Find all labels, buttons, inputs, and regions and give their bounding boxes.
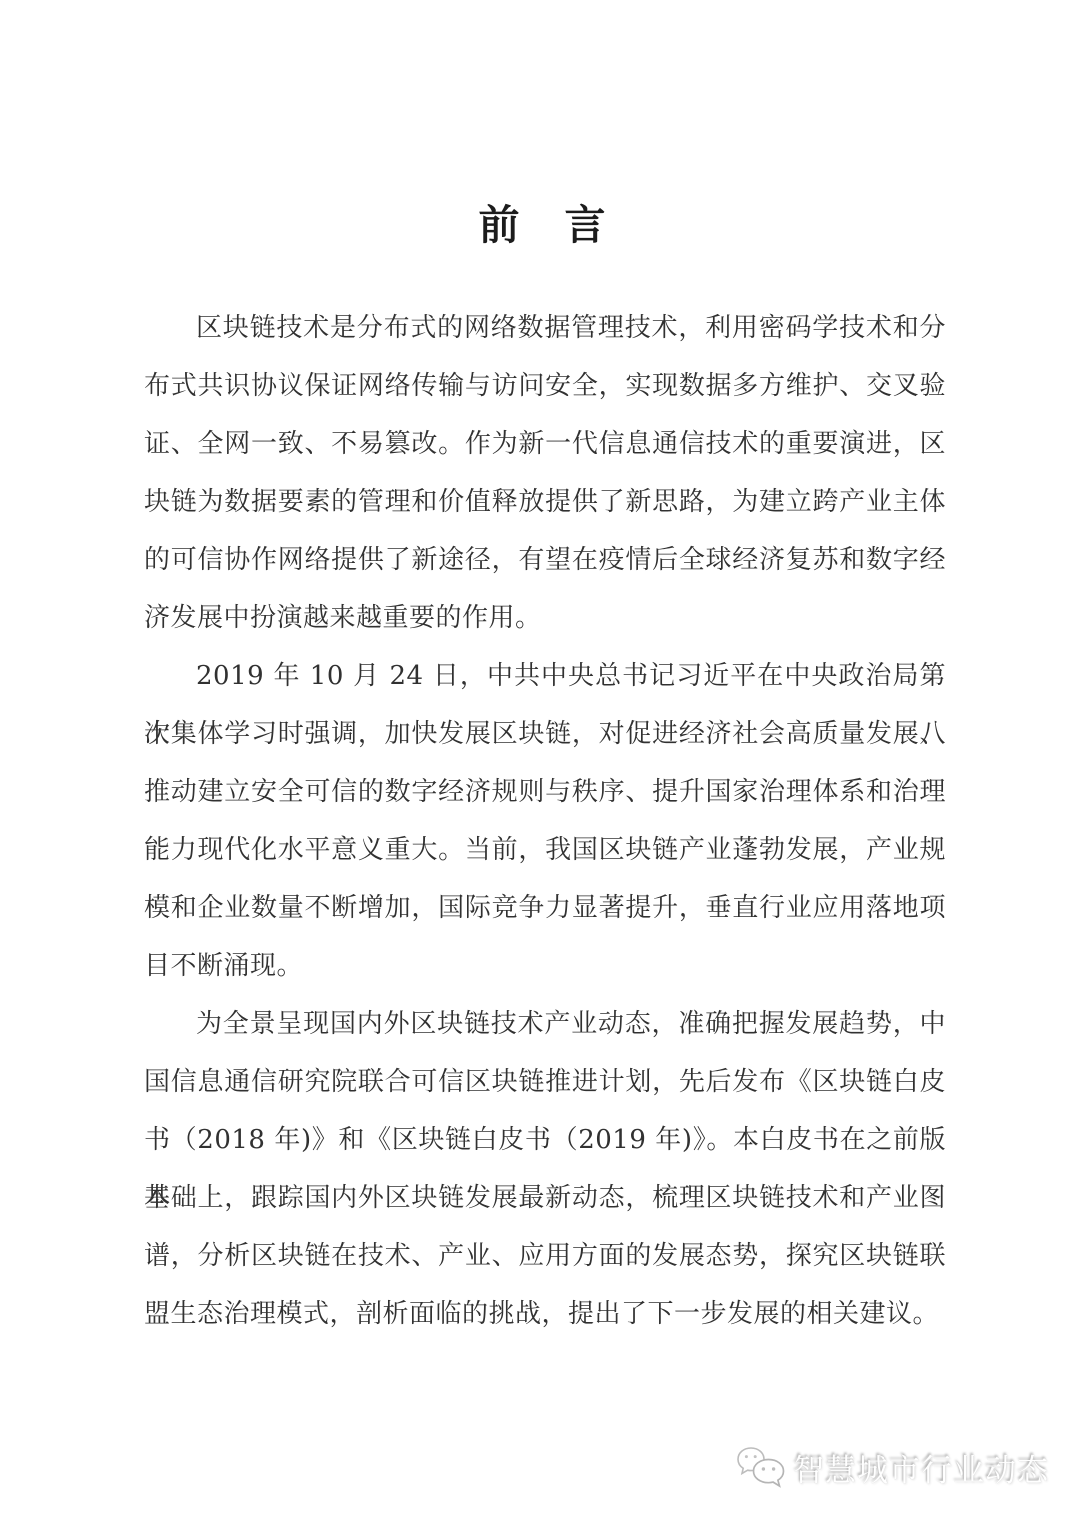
watermark-label: 智慧城市行业动态 [793,1445,1049,1490]
text-line: 为全景呈现国内外区块链技术产业动态，准确把握发展趋势，中 [144,995,946,1053]
text-line: 谱，分析区块链在技术、产业、应用方面的发展态势，探究区块链联 [144,1227,946,1285]
text-line: 证、全网一致、不易篡改。作为新一代信息通信技术的重要演进，区 [144,415,946,473]
document-body: 区块链技术是分布式的网络数据管理技术，利用密码学技术和分布式共识协议保证网络传输… [144,299,946,1343]
page-title: 前 言 [140,192,946,251]
text-line: 布式共识协议保证网络传输与访问安全，实现数据多方维护、交叉验 [144,357,946,415]
text-line: 模和企业数量不断增加，国际竞争力显著提升，垂直行业应用落地项 [144,879,946,937]
text-line: 的可信协作网络提供了新途径，有望在疫情后全球经济复苏和数字经 [144,531,946,589]
text-line: 推动建立安全可信的数字经济规则与秩序、提升国家治理体系和治理 [144,763,946,821]
text-line: 基础上，跟踪国内外区块链发展最新动态，梳理区块链技术和产业图 [144,1169,946,1227]
wechat-icon [734,1444,786,1490]
text-line: 目不断涌现。 [144,937,946,995]
text-line: 区块链技术是分布式的网络数据管理技术，利用密码学技术和分 [144,299,946,357]
text-line: 次集体学习时强调，加快发展区块链，对促进经济社会高质量发展、 [144,705,946,763]
text-line: 2019 年 10 月 24 日，中共中央总书记习近平在中央政治局第十八 [144,647,946,705]
text-line: 国信息通信研究院联合可信区块链推进计划，先后发布《区块链白皮 [144,1053,946,1111]
text-line: 书（2018 年)》和《区块链白皮书（2019 年)》。本白皮书在之前版本 [144,1111,946,1169]
text-line: 盟生态治理模式，剖析面临的挑战，提出了下一步发展的相关建议。 [144,1285,946,1343]
watermark: 智慧城市行业动态 [734,1444,1049,1490]
document-page: 前 言 区块链技术是分布式的网络数据管理技术，利用密码学技术和分布式共识协议保证… [0,0,1080,1527]
text-line: 能力现代化水平意义重大。当前，我国区块链产业蓬勃发展，产业规 [144,821,946,879]
text-line: 块链为数据要素的管理和价值释放提供了新思路，为建立跨产业主体 [144,473,946,531]
text-line: 济发展中扮演越来越重要的作用。 [144,589,946,647]
